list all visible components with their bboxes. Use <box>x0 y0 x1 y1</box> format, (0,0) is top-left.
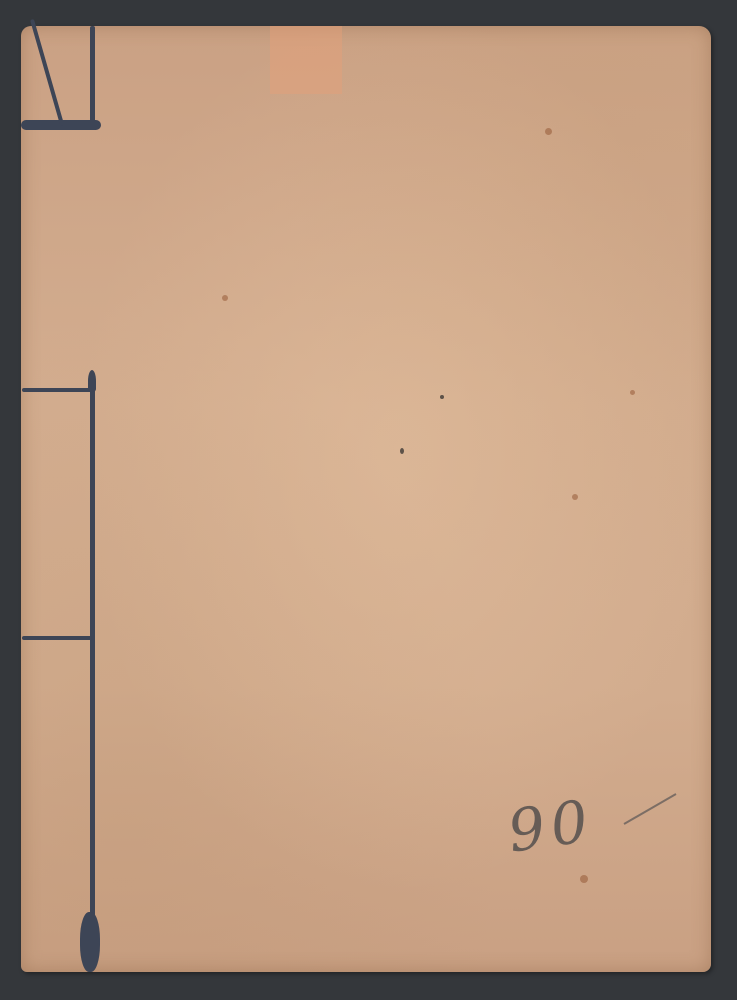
handwritten-number: 90 <box>504 786 598 865</box>
stain-spot <box>580 875 588 883</box>
stain-spot <box>572 494 578 500</box>
tape-residue <box>270 26 342 94</box>
binding-thread-top-vertical <box>90 26 95 126</box>
book-cover <box>21 26 711 972</box>
stain-spot <box>545 128 552 135</box>
stain-spot <box>630 390 635 395</box>
binding-thread-knot-bottom <box>80 912 100 972</box>
stain-spot <box>400 448 404 454</box>
stain-spot <box>222 295 228 301</box>
stain-spot <box>440 395 444 399</box>
binding-thread-spine <box>90 388 95 948</box>
binding-thread-knot-top <box>88 370 96 392</box>
binding-thread-mid-horizontal-1 <box>22 388 92 392</box>
binding-thread-mid-horizontal-2 <box>22 636 92 640</box>
